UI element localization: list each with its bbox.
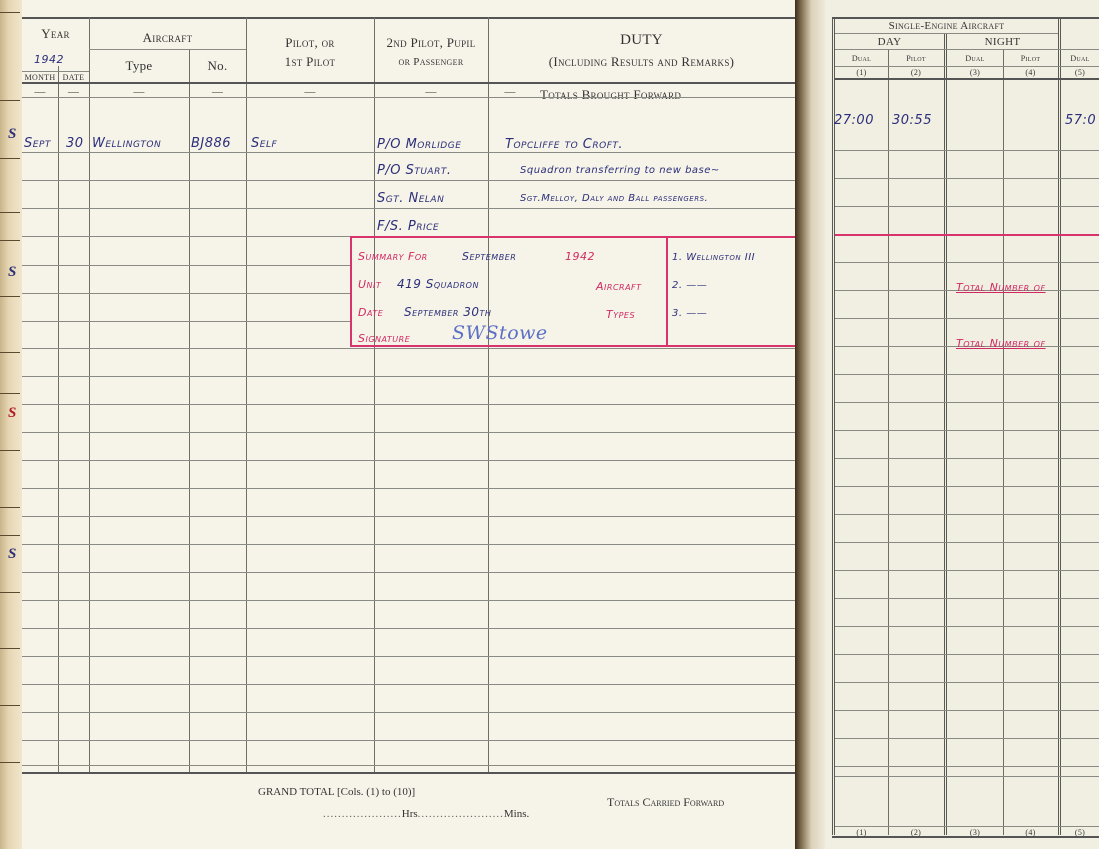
row-rule — [22, 348, 795, 349]
row-rule — [835, 654, 1099, 655]
header-passenger-2: or Passenger — [374, 56, 488, 68]
row-rule — [835, 430, 1099, 431]
row-rule — [22, 404, 795, 405]
header-single-engine: Single-Engine Aircraft — [835, 20, 1058, 32]
hrs-label: Hrs — [402, 808, 418, 820]
year-value: 1942 — [34, 53, 64, 66]
col-num: (2) — [888, 68, 944, 77]
tab-mark — [0, 450, 20, 451]
header-month: MONTH — [22, 73, 58, 82]
header-year: Year — [22, 26, 89, 42]
col5-time: 57:0 — [1065, 113, 1096, 128]
row-rule — [22, 544, 795, 545]
header-top-rule — [22, 17, 795, 19]
hrs-dots[interactable]: ..................... — [323, 808, 402, 820]
col-num: (5) — [1061, 828, 1099, 837]
row-rule — [835, 514, 1099, 515]
summary-label: Summary For — [358, 250, 428, 263]
day-dual-time: 27:00 — [834, 113, 874, 128]
entry-passenger: Sgt. Nelan — [377, 191, 444, 206]
unit-value: 419 Squadron — [397, 277, 479, 291]
summary-red-rule — [835, 234, 1099, 236]
entry-pilot: Self — [251, 136, 277, 151]
row-rule — [835, 262, 1099, 263]
row-rule — [835, 626, 1099, 627]
entry-passenger: F/S. Price — [377, 219, 439, 234]
date-label: Date — [358, 306, 383, 319]
row-rule — [835, 486, 1099, 487]
entry-duty-remark: Squadron transferring to new base~ — [520, 165, 720, 176]
totals-brought-forward-label: Totals Brought Forward — [540, 87, 780, 103]
tab-mark — [0, 393, 20, 394]
tab-mark — [0, 648, 20, 649]
group-rule — [835, 33, 1058, 34]
footer-top-rule — [22, 772, 795, 774]
row-rule — [835, 206, 1099, 207]
header-pilot-2: Pilot — [888, 54, 944, 63]
header-pilot-1: Pilot, or — [246, 35, 374, 51]
month-date-rule — [22, 71, 89, 72]
header-day: DAY — [835, 36, 944, 48]
summary-divider — [666, 236, 668, 347]
row-rule — [22, 376, 795, 377]
tab-letter-s[interactable]: S — [8, 405, 16, 422]
row-rule — [22, 712, 795, 713]
tab-mark — [0, 158, 20, 159]
entry-duty-remark: Sgt.Melloy, Daly and Ball passengers. — [520, 193, 708, 204]
aircraft-type-1: 1. Wellington III — [672, 252, 755, 263]
col-rule-3-4 — [1003, 49, 1004, 835]
entry-passenger: P/O Stuart. — [377, 163, 451, 178]
col-num: (1) — [835, 828, 888, 837]
row-rule — [835, 458, 1099, 459]
col-rule-pilot-passenger — [374, 17, 375, 772]
row-rule — [22, 656, 795, 657]
col-num: (3) — [947, 68, 1003, 77]
row-rule — [22, 432, 795, 433]
row-rule — [835, 150, 1099, 151]
row-rule — [835, 542, 1099, 543]
header-dual-3: Dual — [947, 54, 1003, 63]
tab-mark — [0, 762, 20, 763]
col-num: (4) — [1003, 68, 1058, 77]
tab-mark — [0, 352, 20, 353]
entry-duty-route: Topcliffe to Croft. — [505, 137, 623, 152]
logbook-left-page: S S S S — [0, 0, 795, 849]
header-dual-5: Dual — [1061, 54, 1099, 63]
footer-num-rule — [835, 826, 1099, 827]
total-number-annotation: Total Number of — [956, 281, 1046, 294]
summary-year: 1942 — [565, 250, 595, 263]
header-duty: DUTY — [488, 32, 795, 49]
row-rule — [22, 600, 795, 601]
entry-date: 30 — [66, 136, 84, 151]
row-rule — [835, 570, 1099, 571]
signature-label: Signature — [358, 332, 410, 345]
tab-letter-s[interactable]: S — [8, 126, 16, 143]
daynight-rule — [835, 49, 1099, 50]
col-rule-1-2 — [888, 49, 889, 835]
tab-letter-s[interactable]: S — [8, 264, 16, 281]
row-rule — [835, 738, 1099, 739]
col-num: (4) — [1003, 828, 1058, 837]
entry-month: Sept — [24, 136, 51, 151]
tab-mark — [0, 12, 20, 13]
row-rule — [22, 684, 795, 685]
col-rule-day-night — [944, 33, 947, 835]
col-num: (2) — [888, 828, 944, 837]
col-rule-passenger-duty — [488, 17, 489, 772]
row-rule — [835, 374, 1099, 375]
row-rule — [22, 488, 795, 489]
aircraft-type-2: 2. —— — [672, 280, 707, 291]
aircraft-type-3: 3. —— — [672, 308, 707, 319]
col-num: (1) — [835, 68, 888, 77]
grand-total-fields: .....................Hrs................… — [323, 808, 529, 820]
row-rule — [22, 572, 795, 573]
header-no: No. — [189, 58, 246, 74]
row-rule — [22, 152, 795, 153]
row-rule — [22, 97, 795, 98]
header-dual-1: Dual — [835, 54, 888, 63]
total-number-annotation: Total Number of — [956, 337, 1046, 350]
row-rule — [22, 265, 350, 266]
date-value: September 30th — [404, 305, 491, 319]
row-rule — [835, 766, 1099, 767]
row-rule — [835, 682, 1099, 683]
grand-total-label: GRAND TOTAL [Cols. (1) to (10)] — [258, 786, 415, 798]
totals-carried-forward-label: Totals Carried Forward — [607, 795, 724, 810]
row-rule — [22, 765, 795, 766]
row-rule — [22, 208, 795, 209]
tab-mark — [0, 592, 20, 593]
header-bottom-rule — [22, 82, 795, 84]
row-rule — [835, 710, 1099, 711]
row-rule — [835, 178, 1099, 179]
day-pilot-time: 30:55 — [892, 113, 932, 128]
tab-mark — [0, 535, 20, 536]
header-passenger-1: 2nd Pilot, Pupil — [374, 35, 488, 51]
header-pilot-4: Pilot — [1003, 54, 1058, 63]
row-rule — [22, 628, 795, 629]
row-rule — [22, 321, 350, 322]
row-rule — [22, 180, 795, 181]
right-header-bottom — [835, 78, 1099, 80]
col-num: (5) — [1061, 68, 1099, 77]
mins-label: Mins. — [504, 808, 529, 820]
unit-label: Unit — [358, 278, 381, 291]
aircraft-subheader-rule — [89, 49, 246, 50]
row-rule — [22, 293, 350, 294]
tab-mark — [0, 240, 20, 241]
summary-month: September — [462, 250, 516, 263]
col-rule-month-date — [58, 66, 59, 772]
tab-letter-s[interactable]: S — [8, 546, 16, 563]
header-night: NIGHT — [947, 36, 1058, 48]
row-rule — [22, 740, 795, 741]
header-duty-remarks: (Including Results and Remarks) — [488, 54, 795, 70]
row-rule — [835, 776, 1099, 777]
header-date: DATE — [58, 73, 89, 82]
tab-mark — [0, 507, 20, 508]
row-rule — [22, 516, 795, 517]
col-rule-type-no — [189, 49, 190, 772]
aircraft-types-label-2: Types — [606, 308, 635, 321]
col-num: (3) — [947, 828, 1003, 837]
tab-mark — [0, 100, 20, 101]
header-type: Type — [89, 58, 189, 74]
col-rule-no-pilot — [246, 17, 247, 772]
tab-mark — [0, 212, 20, 213]
entry-aircraft-no: BJ886 — [191, 136, 231, 151]
right-frame-left — [832, 17, 835, 835]
col-rule-4-5 — [1058, 17, 1061, 835]
tab-mark — [0, 296, 20, 297]
row-rule — [835, 402, 1099, 403]
row-rule — [22, 236, 350, 237]
row-rule — [22, 460, 795, 461]
header-aircraft: Aircraft — [89, 30, 246, 46]
aircraft-types-label: Aircraft — [596, 280, 642, 293]
subhdr-rule — [835, 66, 1099, 67]
mins-dots[interactable]: ....................... — [418, 808, 504, 820]
header-pilot-2: 1st Pilot — [246, 54, 374, 70]
tab-mark — [0, 705, 20, 706]
entry-passenger: P/O Morlidge — [377, 137, 461, 152]
entry-aircraft-type: Wellington — [92, 136, 161, 151]
row-rule — [835, 318, 1099, 319]
signature-value: SWStowe — [452, 322, 548, 344]
col-rule-date-type — [89, 17, 90, 772]
row-rule — [835, 598, 1099, 599]
book-gutter — [795, 0, 825, 849]
